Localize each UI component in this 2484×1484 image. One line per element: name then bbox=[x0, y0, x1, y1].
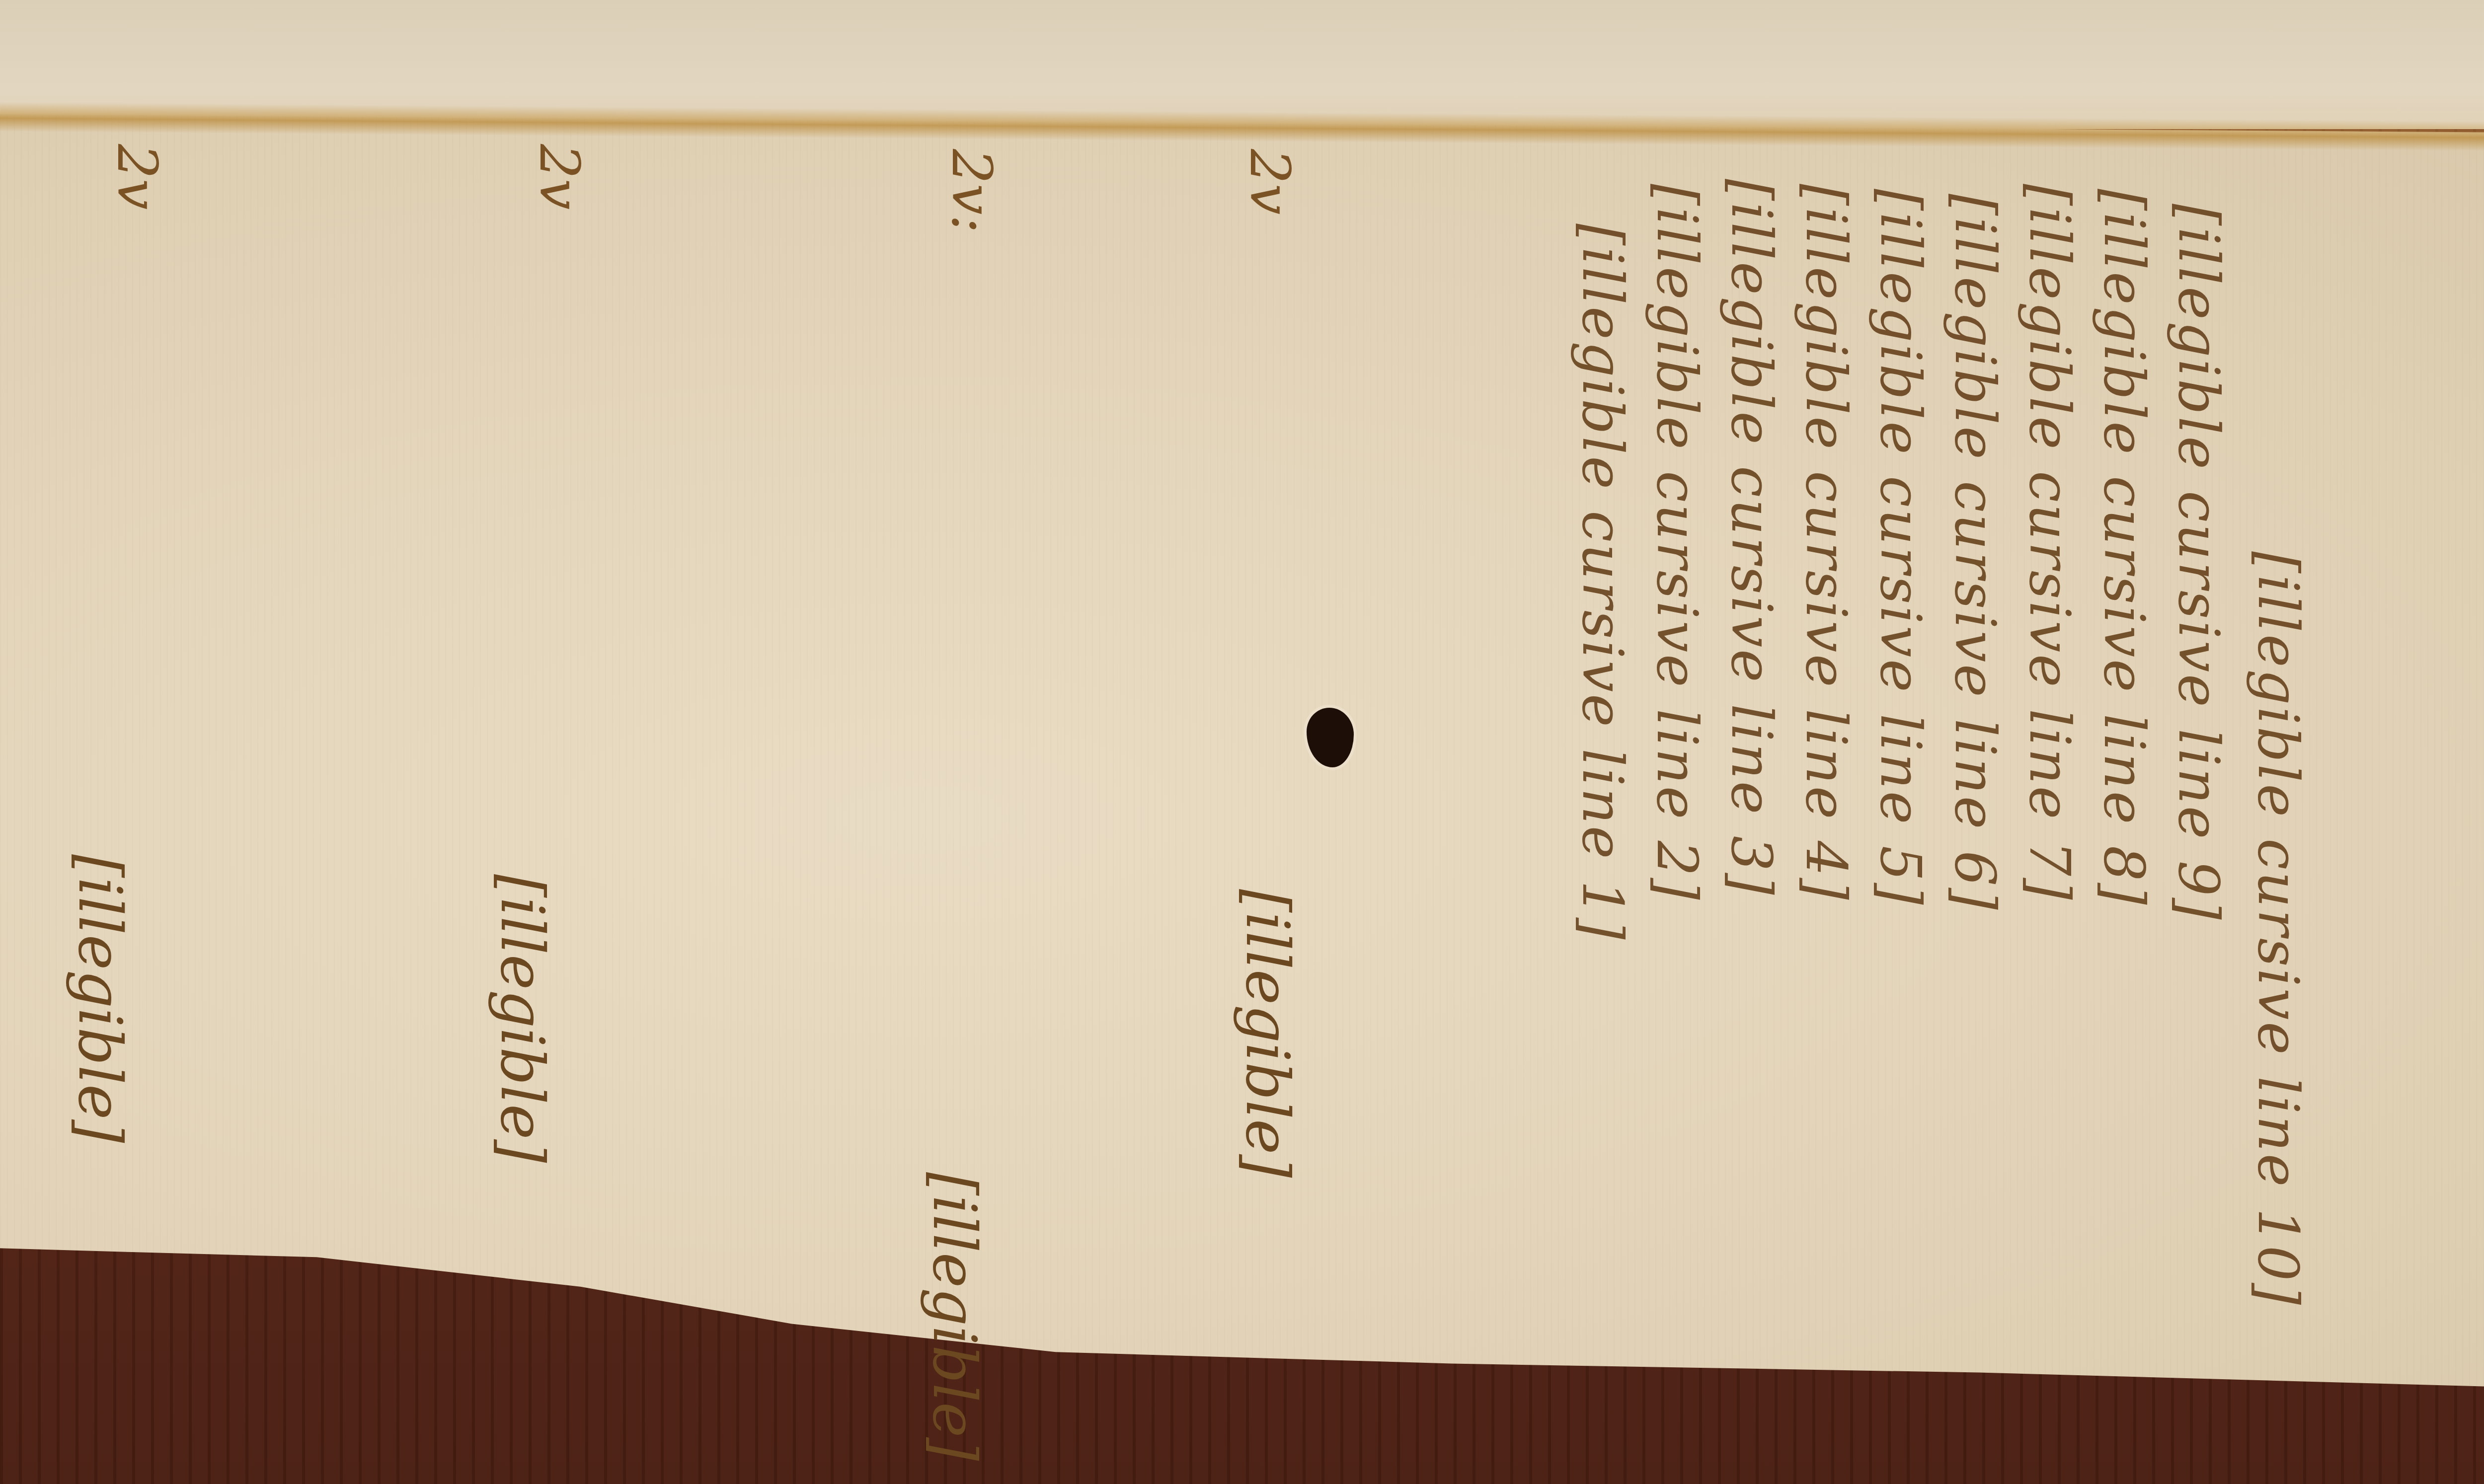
text-line: [illegible cursive line 7] bbox=[2017, 184, 2082, 902]
margin-mark: 2v: bbox=[940, 149, 1004, 233]
text-line: [illegible cursive line 2] bbox=[1644, 184, 1709, 902]
text-line: [illegible cursive line 3] bbox=[1719, 179, 1784, 897]
margin-word: [illegible] bbox=[920, 1172, 989, 1461]
text-line: [illegible cursive line 8] bbox=[2092, 189, 2156, 907]
text-line: [illegible cursive line 9] bbox=[2166, 204, 2231, 922]
margin-word: [illegible] bbox=[487, 874, 556, 1163]
margin-word: [illegible] bbox=[65, 854, 134, 1143]
text-line: [illegible cursive line 6] bbox=[1942, 194, 2007, 912]
margin-mark: 2v bbox=[1238, 149, 1302, 215]
text-line: [illegible cursive line 10] bbox=[2246, 551, 2310, 1307]
margin-word: [illegible] bbox=[1233, 889, 1302, 1178]
text-line: [illegible cursive line 4] bbox=[1793, 184, 1858, 902]
margin-mark: 2v bbox=[105, 144, 169, 210]
main-text-block: [illegible cursive line 1] [illegible cu… bbox=[1565, 164, 2385, 1306]
margin-mark: 2v bbox=[528, 144, 591, 210]
text-line: [illegible cursive line 1] bbox=[1570, 223, 1634, 942]
text-line: [illegible cursive line 5] bbox=[1868, 189, 1933, 907]
